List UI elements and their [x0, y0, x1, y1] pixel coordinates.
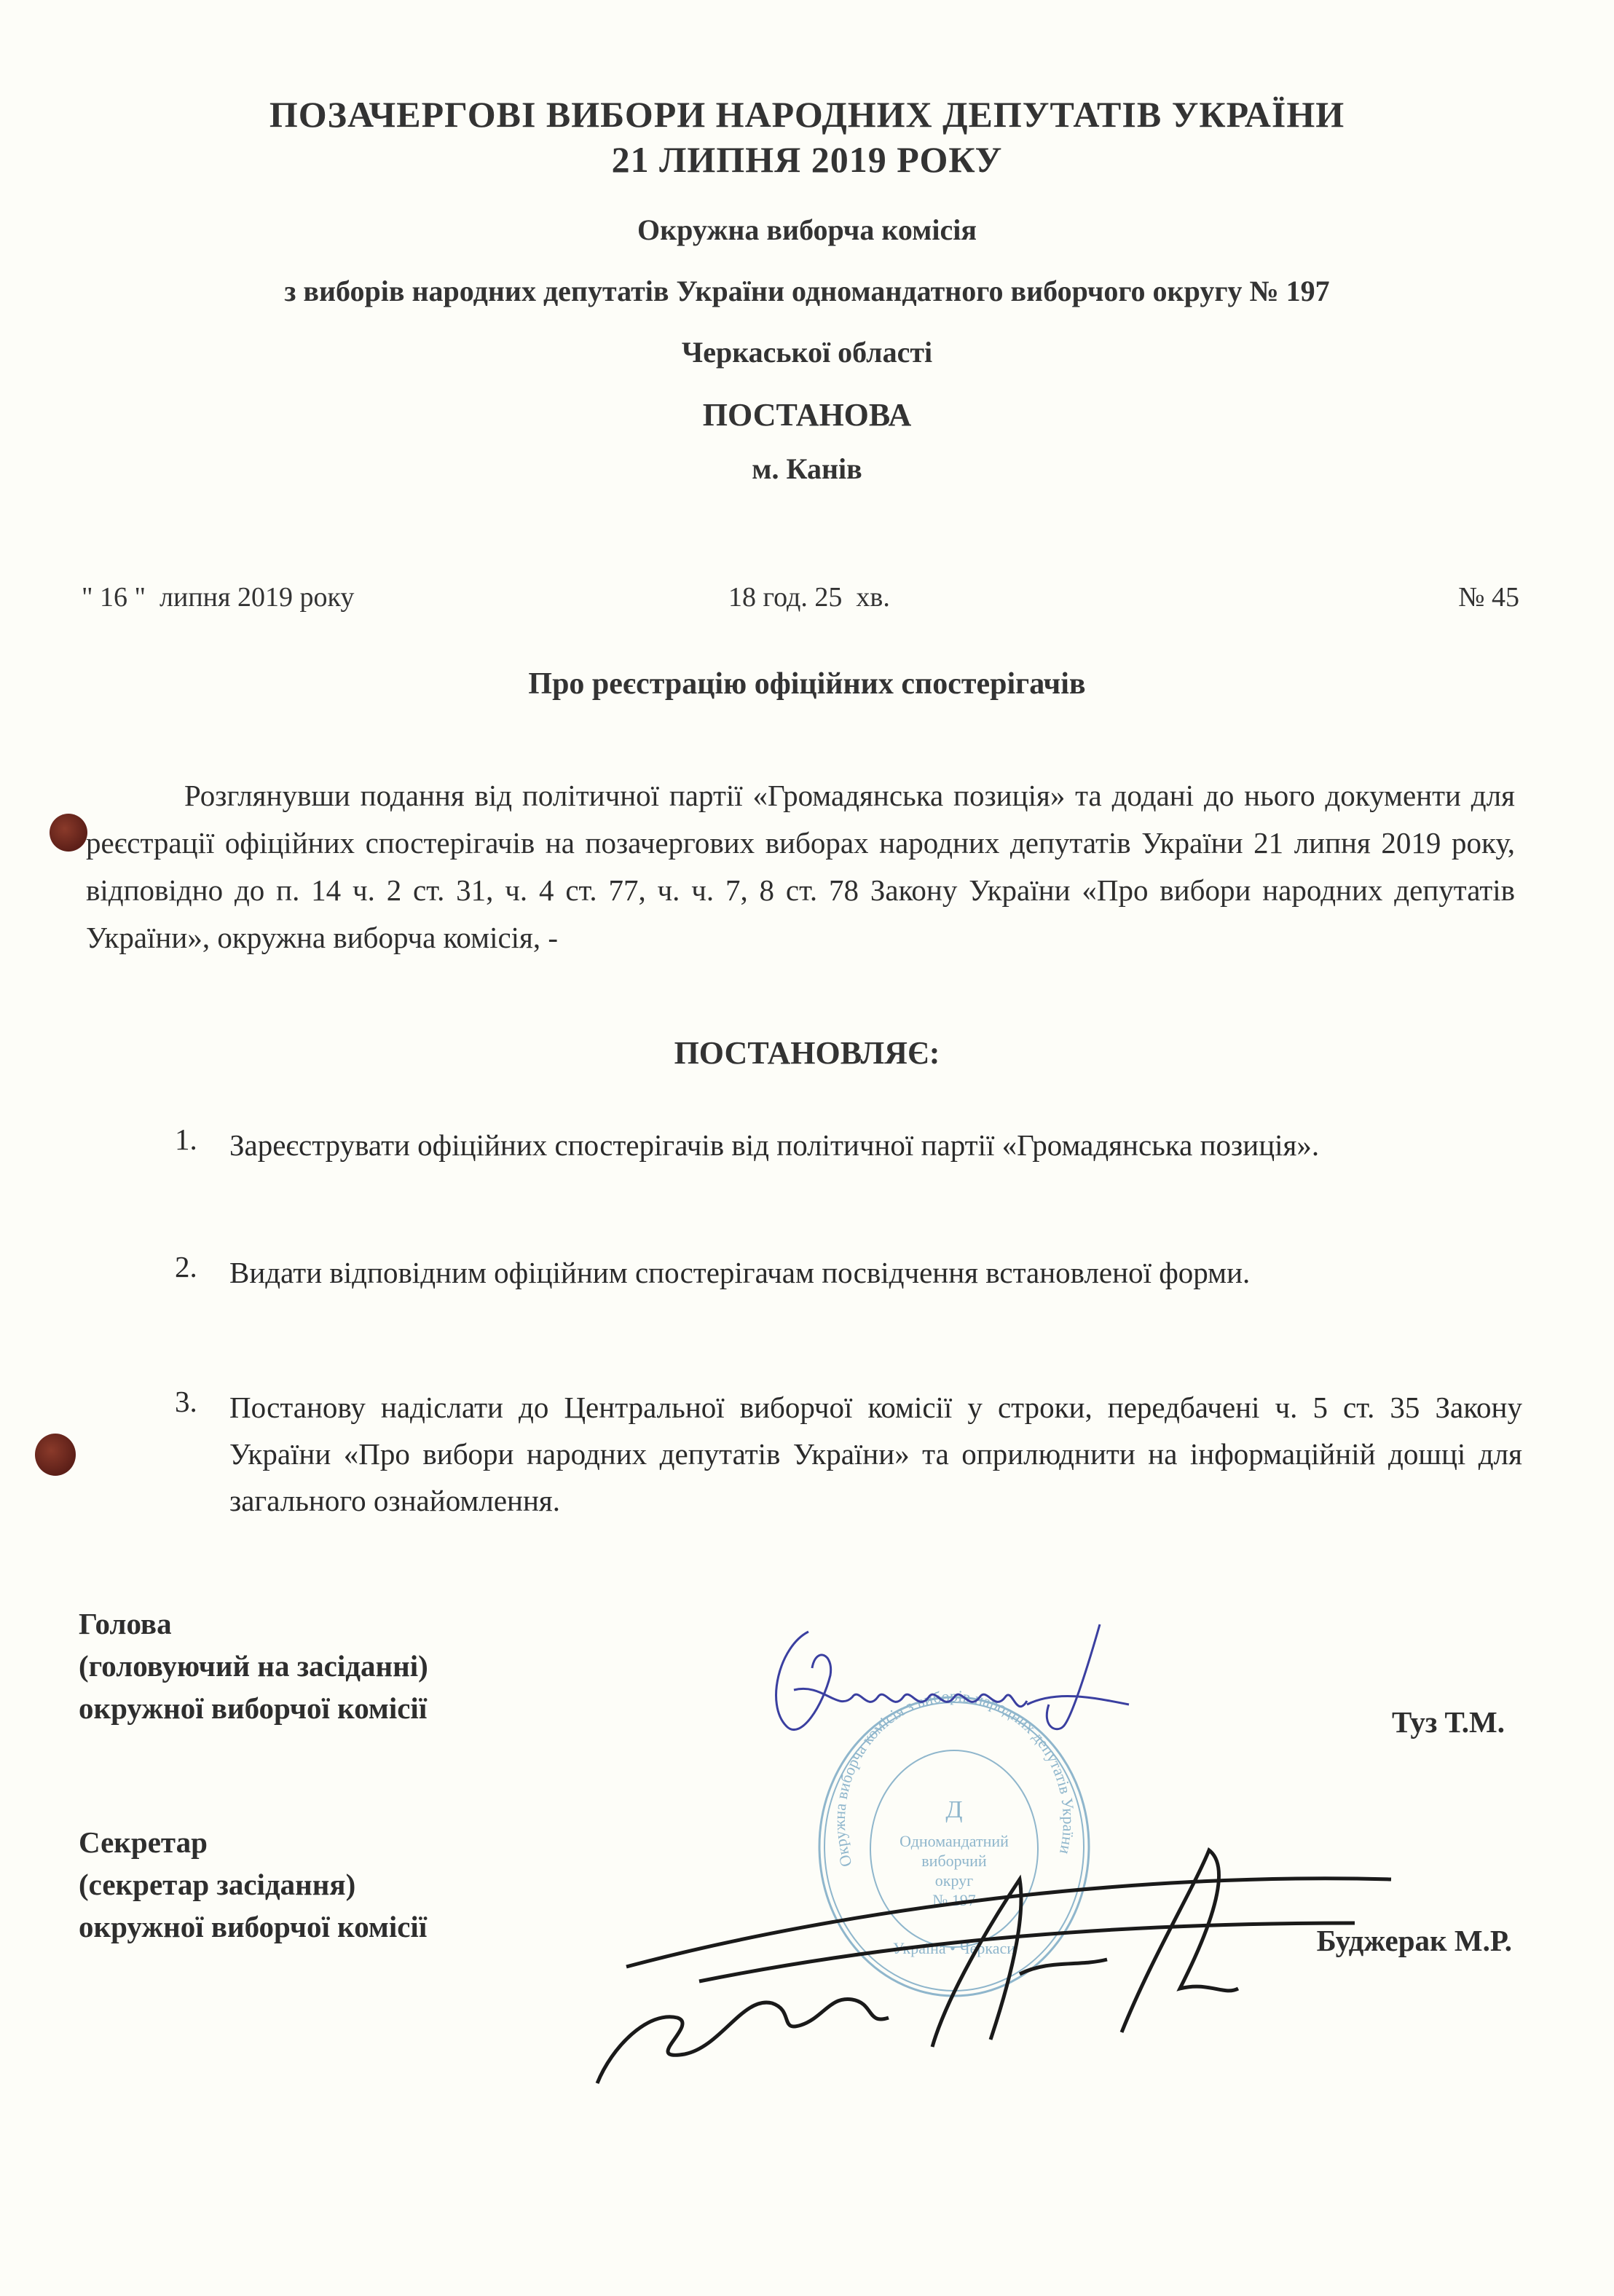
chair-commission: окружної виборчої комісії — [79, 1687, 428, 1729]
commission-name: Окружна виборча комісія — [0, 213, 1614, 247]
secretary-title-block: Секретар (секретар засідання) окружної в… — [79, 1821, 427, 1948]
punch-hole — [35, 1434, 76, 1476]
chair-title-block: Голова (головуючий на засіданні) окружно… — [79, 1603, 428, 1729]
region-name: Черкаської області — [0, 335, 1614, 369]
resolves-heading: ПОСТАНОВЛЯЄ: — [0, 1034, 1614, 1072]
resolution-time: 18 год. 25 хв. — [728, 581, 890, 613]
item-text: Постанову надіслати до Центральної вибор… — [229, 1384, 1522, 1524]
city: м. Канів — [0, 452, 1614, 486]
chair-signature — [750, 1617, 1158, 1748]
chair-role: Голова — [79, 1603, 428, 1645]
resolution-item: 1. Зареєструвати офіційних спостерігачів… — [175, 1122, 1522, 1168]
item-number: 2. — [175, 1249, 219, 1284]
item-text: Видати відповідним офіційним спостерігач… — [229, 1249, 1522, 1296]
item-number: 3. — [175, 1384, 219, 1419]
item-number: 1. — [175, 1122, 219, 1157]
election-title-line1: ПОЗАЧЕРГОВІ ВИБОРИ НАРОДНИХ ДЕПУТАТІВ УК… — [0, 93, 1614, 135]
commission-detail: з виборів народних депутатів України одн… — [0, 274, 1614, 308]
chair-role-detail: (головуючий на засіданні) — [79, 1645, 428, 1687]
resolution-item: 2. Видати відповідним офіційним спостері… — [175, 1249, 1522, 1296]
secretary-commission: окружної виборчої комісії — [79, 1906, 427, 1948]
resolution-date: " 16 " липня 2019 року — [82, 581, 354, 613]
secretary-signature — [554, 1814, 1398, 2091]
resolution-number: № 45 — [1458, 581, 1519, 613]
document-type: ПОСТАНОВА — [0, 396, 1614, 433]
chair-name: Туз Т.М. — [1392, 1705, 1505, 1739]
resolution-subject: Про реєстрацію офіційних спостерігачів — [0, 667, 1614, 701]
punch-hole — [50, 814, 87, 852]
secretary-role: Секретар — [79, 1821, 427, 1863]
preamble-paragraph: Розглянувши подання від політичної парті… — [86, 772, 1515, 962]
resolution-item: 3. Постанову надіслати до Центральної ви… — [175, 1384, 1522, 1524]
election-title-line2: 21 ЛИПНЯ 2019 РОКУ — [0, 138, 1614, 181]
item-text: Зареєструвати офіційних спостерігачів ві… — [229, 1122, 1522, 1168]
secretary-role-detail: (секретар засідання) — [79, 1863, 427, 1906]
